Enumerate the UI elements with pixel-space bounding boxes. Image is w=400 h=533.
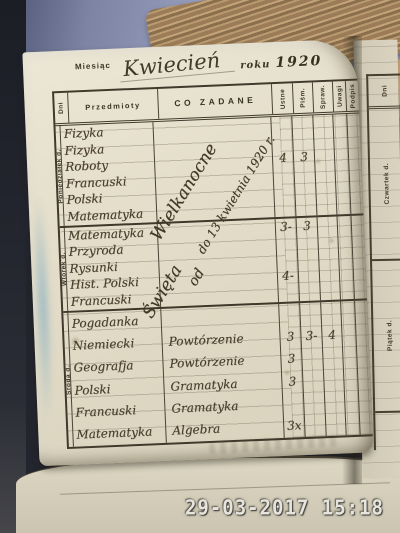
- podpis-cell: [352, 248, 366, 265]
- pism-cell: 3: [296, 217, 318, 234]
- ustne-cell: [275, 234, 297, 251]
- spraw-cell: 4: [321, 323, 342, 346]
- uwagi-cell: [340, 300, 355, 323]
- ustne-cell: 4-: [277, 268, 299, 285]
- header-co-zadane: CO ZADANE: [157, 84, 273, 119]
- spraw-cell: [319, 266, 340, 283]
- header-ustne: Ustne: [271, 83, 293, 114]
- ustne-cell: [272, 166, 294, 183]
- spraw-cell: [319, 282, 340, 299]
- pism-label: Piśm.: [299, 88, 307, 108]
- ustne-cell: [271, 133, 293, 150]
- uwagi-cell: [343, 368, 358, 391]
- podpis-cell: [350, 196, 364, 213]
- ustne-cell: [273, 183, 295, 200]
- podpis-cell: [349, 180, 363, 197]
- ustne-cell: 3: [279, 325, 301, 348]
- month-handwritten: Kwiecień: [118, 47, 235, 83]
- spraw-cell: [317, 233, 338, 250]
- pism-cell: [293, 165, 315, 182]
- ustne-cell: [282, 392, 304, 415]
- podpis-cell: [358, 389, 372, 412]
- podpis-cell: [353, 265, 367, 282]
- spraw-cell: [314, 164, 335, 181]
- pism-cell: [291, 115, 313, 132]
- ustne-cell: 3: [281, 370, 303, 393]
- camera-timestamp: 29-03-2017 15:18: [185, 496, 384, 520]
- ustne-cell: [274, 199, 296, 216]
- spraw-label: Spraw.: [319, 85, 327, 109]
- day-rows: PogadankaNiemieckiPowtórzenie33-4Geograf…: [68, 300, 372, 447]
- pism-cell: [299, 302, 321, 325]
- header-uwagi: Uwagi: [332, 81, 347, 112]
- next-page-day-czwartek: Czwartek d.: [369, 109, 400, 262]
- pism-cell: [301, 347, 323, 370]
- uwagi-cell: [335, 180, 350, 197]
- year-value: 1920: [275, 53, 323, 71]
- podpis-cell: [353, 281, 367, 298]
- header-podpis: Podpis: [345, 81, 359, 112]
- pism-cell: [302, 369, 324, 392]
- podpis-cell: [356, 345, 370, 368]
- blue-ink-stain: [30, 192, 56, 422]
- pism-cell: [295, 198, 317, 215]
- uwagi-cell: [345, 412, 360, 435]
- header-przedmioty: Przedmioty: [68, 89, 158, 123]
- header-spraw: Spraw.: [312, 82, 333, 113]
- pism-cell: 3: [293, 149, 315, 166]
- assigned-cell: Algebra: [165, 415, 284, 442]
- uwagi-cell: [341, 323, 356, 346]
- dni-header-label: Dni: [381, 85, 388, 97]
- uwagi-cell: [334, 147, 349, 164]
- ustne-cell: 3: [280, 347, 302, 370]
- spraw-cell: [318, 249, 339, 266]
- photo-of-gradebook: Dni Czwartek d. Piątek d. MiesiącKwiecie…: [0, 0, 400, 533]
- header-dni: Dni: [54, 93, 69, 124]
- gradebook-table: Dni Przedmioty CO ZADANE Ustne Piśm. Spr…: [52, 78, 373, 448]
- spraw-cell: [322, 346, 343, 369]
- uwagi-cell: [338, 249, 353, 266]
- uwagi-cell: [339, 265, 354, 282]
- podpis-cell: [355, 322, 369, 345]
- day-rows: Matematyka3-3PrzyrodaRysunkiHist. Polski…: [65, 215, 367, 310]
- uwagi-label: Uwagi: [336, 85, 344, 107]
- podpis-cell: [348, 163, 362, 180]
- ustne-cell: [278, 303, 300, 326]
- spraw-cell: [325, 413, 346, 436]
- spraw-cell: [316, 198, 337, 215]
- uwagi-cell: [332, 114, 347, 131]
- miesiac-label: Miesiąc: [75, 61, 111, 71]
- pism-cell: [304, 414, 326, 437]
- podpis-label: Podpis: [349, 83, 357, 108]
- uwagi-cell: [344, 390, 359, 413]
- uwagi-cell: [342, 345, 357, 368]
- podpis-cell: [350, 215, 364, 232]
- podpis-cell: [359, 412, 373, 435]
- uwagi-cell: [336, 197, 351, 214]
- spraw-cell: [323, 368, 344, 391]
- pism-cell: [294, 182, 316, 199]
- piatek-label: Piątek d.: [386, 320, 394, 351]
- day-block-2: Środa d.PogadankaNiemieckiPowtórzenie33-…: [63, 298, 372, 447]
- podpis-cell: [351, 232, 365, 249]
- uwagi-cell: [334, 164, 349, 181]
- gradebook-page: MiesiącKwiecieńroku 1920 Dni Przedmioty …: [22, 39, 373, 467]
- uwagi-cell: [333, 131, 348, 148]
- podpis-cell: [346, 113, 360, 130]
- spraw-cell: [312, 115, 333, 132]
- podpis-cell: [348, 147, 362, 164]
- pism-cell: [298, 283, 320, 300]
- podpis-cell: [354, 300, 368, 323]
- uwagi-cell: [337, 232, 352, 249]
- pism-cell: 3-: [300, 324, 322, 347]
- day-block-1: Wtorek d.Matematyka3-3PrzyrodaRysunkiHis…: [60, 213, 367, 311]
- subject-cell: Matematyka: [73, 420, 166, 446]
- spraw-cell: [317, 216, 338, 233]
- roku-label: roku: [240, 59, 271, 71]
- spraw-cell: [314, 148, 335, 165]
- ustne-cell: [277, 284, 299, 301]
- spraw-cell: [320, 301, 341, 324]
- ustne-cell: [276, 251, 298, 268]
- podpis-cell: [347, 130, 361, 147]
- day-block-0: Poniedziałek d.FizykaFizykaRoboty43Franc…: [55, 113, 363, 225]
- dark-left-background: [0, 0, 26, 533]
- day-rows: FizykaFizykaRoboty43FrancuskiPolskiMatem…: [60, 113, 363, 225]
- uwagi-cell: [337, 216, 352, 233]
- dni-label: Dni: [57, 102, 64, 114]
- pism-cell: [298, 267, 320, 284]
- next-page-dni-header: Dni: [368, 76, 400, 110]
- ustne-cell: 4: [272, 150, 294, 167]
- ustne-cell: [270, 116, 292, 133]
- spraw-cell: [315, 181, 336, 198]
- pism-cell: [303, 391, 325, 414]
- czwartek-label: Czwartek d.: [382, 163, 390, 205]
- spraw-cell: [324, 390, 345, 413]
- spraw-cell: [313, 131, 334, 148]
- next-page-day-piatek: Piątek d.: [372, 260, 400, 413]
- paper-stains: [22, 52, 24, 54]
- uwagi-cell: [339, 282, 354, 299]
- ustne-cell: 3-: [275, 218, 297, 235]
- header-pism: Piśm.: [292, 82, 314, 113]
- pism-cell: [297, 250, 319, 267]
- pism-cell: [292, 132, 314, 149]
- podpis-cell: [357, 367, 371, 390]
- ustne-label: Ustne: [279, 88, 287, 109]
- day-blocks: Poniedziałek d.FizykaFizykaRoboty43Franc…: [55, 113, 372, 446]
- ustne-cell: 3x: [283, 415, 305, 438]
- pism-cell: [296, 234, 318, 251]
